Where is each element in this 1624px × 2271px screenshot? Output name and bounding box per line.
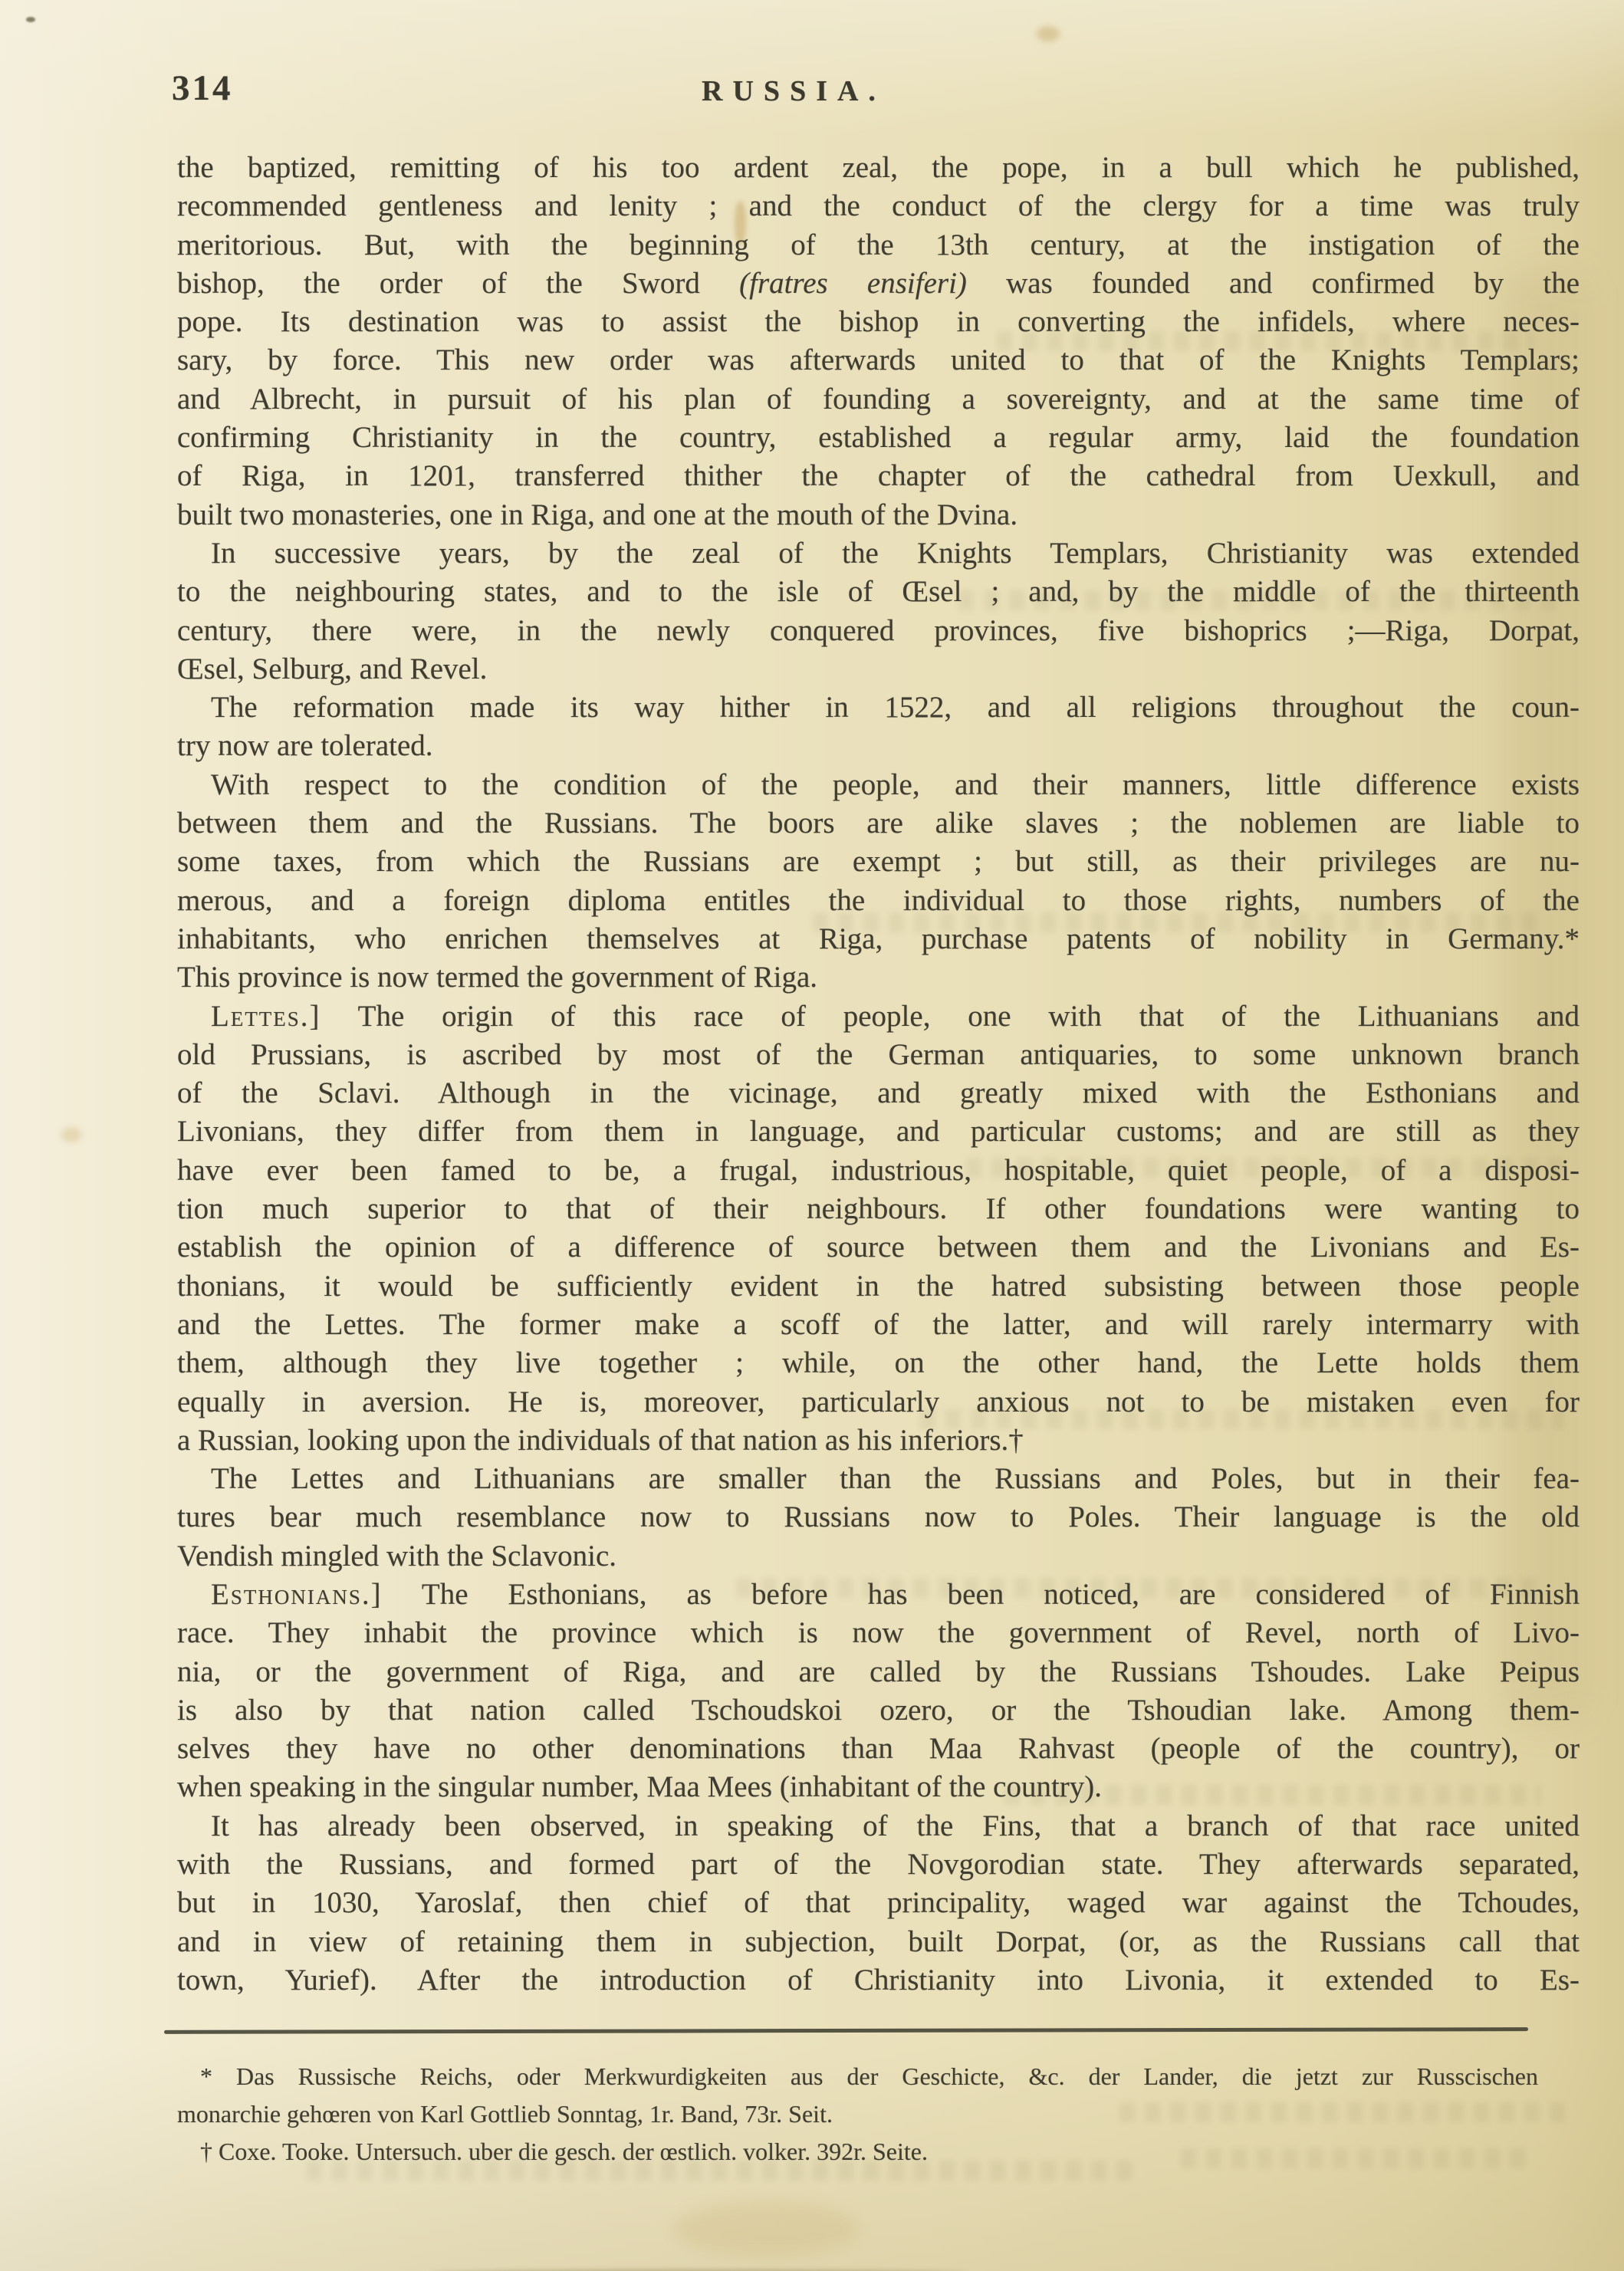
text-segment: With respect to the condition of the peo… <box>211 768 1580 801</box>
text-segment: merous, and a foreign diploma entitles t… <box>177 884 1580 917</box>
text-segment: a Russian, looking upon the individuals … <box>177 1424 1024 1457</box>
text-segment: tion much superior to that of their neig… <box>177 1192 1580 1225</box>
text-line: tion much superior to that of their neig… <box>177 1190 1580 1228</box>
text-segment: of Riga, in 1201, transferred thither th… <box>177 459 1580 492</box>
text-segment: town, Yurief). After the introduction of… <box>177 1964 1580 1997</box>
text-segment: the baptized, remitting of his too arden… <box>177 151 1580 184</box>
text-segment: † Coxe. Tooke. Untersuch. uber die gesch… <box>200 2138 928 2165</box>
age-stain <box>61 1127 81 1142</box>
text-segment: thonians, it would be sufficiently evide… <box>177 1270 1580 1303</box>
text-segment: tures bear much resemblance now to Russi… <box>177 1500 1580 1533</box>
text-line: to the neighbouring states, and to the i… <box>177 573 1580 611</box>
text-line: a Russian, looking upon the individuals … <box>177 1421 1580 1460</box>
text-segment: between them and the Russians. The boors… <box>177 807 1580 840</box>
text-segment: sary, by force. This new order was after… <box>177 343 1580 376</box>
text-line: the baptized, remitting of his too arden… <box>177 149 1580 187</box>
text-line: race. They inhabit the province which is… <box>177 1614 1580 1652</box>
text-line: sary, by force. This new order was after… <box>177 341 1580 380</box>
text-line: selves they have no other denominations … <box>177 1730 1580 1768</box>
age-stain <box>1037 26 1060 41</box>
text-segment: and Albrecht, in pursuit of his plan of … <box>177 383 1580 416</box>
age-stain <box>675 2202 859 2256</box>
footnotes: * Das Russische Reichs, oder Merkwurdigk… <box>177 2058 1538 2171</box>
text-line: Lettes.] The origin of this race of peop… <box>177 997 1580 1036</box>
text-line: This province is now termed the governme… <box>177 958 1580 997</box>
text-line: town, Yurief). After the introduction of… <box>177 1961 1580 2000</box>
text-line: and Albrecht, in pursuit of his plan of … <box>177 380 1580 419</box>
text-line: It has already been observed, in speakin… <box>177 1807 1580 1845</box>
text-line: Vendish mingled with the Sclavonic. <box>177 1537 1580 1576</box>
footnote-line: monarchie gehœren von Karl Gottlieb Sonn… <box>177 2095 1538 2133</box>
text-segment: nia, or the government of Riga, and are … <box>177 1655 1580 1688</box>
text-line: tures bear much resemblance now to Russi… <box>177 1498 1580 1536</box>
text-segment: century, there were, in the newly conque… <box>177 614 1580 647</box>
text-segment: was founded and confirmed by the <box>967 267 1580 300</box>
footnote-line: † Coxe. Tooke. Untersuch. uber die gesch… <box>177 2133 1538 2171</box>
text-segment: bishop, the order of the Sword <box>177 267 739 300</box>
text-segment: them, although they live together ; whil… <box>177 1346 1580 1379</box>
text-line: is also by that nation called Tschoudsko… <box>177 1691 1580 1730</box>
text-line: old Prussians, is ascribed by most of th… <box>177 1036 1580 1074</box>
footnote-line: * Das Russische Reichs, oder Merkwurdigk… <box>177 2058 1538 2095</box>
section-head: Esthonians.] <box>211 1578 383 1611</box>
text-line: built two monasteries, one in Riga, and … <box>177 496 1580 534</box>
text-line: try now are tolerated. <box>177 727 1580 765</box>
text-line: and in view of retaining them in subject… <box>177 1923 1580 1961</box>
text-segment: confirming Christianity in the country, … <box>177 421 1580 454</box>
text-line: with the Russians, and formed part of th… <box>177 1845 1580 1884</box>
text-segment: some taxes, from which the Russians are … <box>177 845 1580 878</box>
text-segment: race. They inhabit the province which is… <box>177 1616 1580 1649</box>
text-segment: The reformation made its way hither in 1… <box>211 691 1580 724</box>
text-segment: and in view of retaining them in subject… <box>177 1925 1580 1958</box>
text-line: Œsel, Selburg, and Revel. <box>177 650 1580 689</box>
body-text: the baptized, remitting of his too arden… <box>177 149 1580 2000</box>
text-line: them, although they live together ; whil… <box>177 1344 1580 1382</box>
text-line: of Riga, in 1201, transferred thither th… <box>177 457 1580 495</box>
text-line: century, there were, in the newly conque… <box>177 612 1580 650</box>
text-segment: Vendish mingled with the Sclavonic. <box>177 1540 616 1573</box>
text-segment: * Das Russische Reichs, oder Merkwurdigk… <box>200 2062 1538 2090</box>
text-line: Esthonians.] The Esthonians, as before h… <box>177 1576 1580 1614</box>
text-line: but in 1030, Yaroslaf, then chief of tha… <box>177 1884 1580 1922</box>
text-segment: In successive years, by the zeal of the … <box>211 537 1580 570</box>
text-line: establish the opinion of a difference of… <box>177 1228 1580 1267</box>
text-line: of the Sclavi. Although in the vicinage,… <box>177 1074 1580 1112</box>
ink-speck <box>26 17 35 22</box>
text-segment: built two monasteries, one in Riga, and … <box>177 498 1017 531</box>
text-segment: Livonians, they differ from them in lang… <box>177 1115 1580 1148</box>
text-line: The Lettes and Lithuanians are smaller t… <box>177 1460 1580 1498</box>
text-line: some taxes, from which the Russians are … <box>177 843 1580 881</box>
text-segment: monarchie gehœren von Karl Gottlieb Sonn… <box>177 2100 833 2128</box>
text-segment: of the Sclavi. Although in the vicinage,… <box>177 1076 1580 1109</box>
text-segment: is also by that nation called Tschoudsko… <box>177 1694 1580 1727</box>
text-segment: old Prussians, is ascribed by most of th… <box>177 1038 1580 1071</box>
text-segment: The Esthonians, as before has been notic… <box>383 1578 1580 1611</box>
text-segment: pope. Its destination was to assist the … <box>177 305 1580 338</box>
text-segment: It has already been observed, in speakin… <box>211 1809 1580 1842</box>
text-line: With respect to the condition of the peo… <box>177 766 1580 804</box>
text-line: inhabitants, who enrichen themselves at … <box>177 920 1580 958</box>
footnote-rule <box>164 2027 1528 2034</box>
running-head: RUSSIA. <box>0 77 1606 106</box>
text-line: Livonians, they differ from them in lang… <box>177 1112 1580 1151</box>
text-segment: to the neighbouring states, and to the i… <box>177 575 1580 608</box>
text-line: The reformation made its way hither in 1… <box>177 689 1580 727</box>
book-page-scan: 314 RUSSIA. the baptized, remitting of h… <box>0 0 1624 2271</box>
text-line: pope. Its destination was to assist the … <box>177 303 1580 341</box>
text-line: nia, or the government of Riga, and are … <box>177 1653 1580 1691</box>
text-segment: have ever been famed to be, a frugal, in… <box>177 1154 1580 1187</box>
text-segment: establish the opinion of a difference of… <box>177 1231 1580 1264</box>
text-line: meritorious. But, with the beginning of … <box>177 226 1580 265</box>
text-segment: and the Lettes. The former make a scoff … <box>177 1308 1580 1341</box>
text-segment: but in 1030, Yaroslaf, then chief of tha… <box>177 1886 1580 1919</box>
text-segment: recommended gentleness and lenity ; and … <box>177 189 1580 222</box>
text-line: and the Lettes. The former make a scoff … <box>177 1306 1580 1344</box>
text-line: when speaking in the singular number, Ma… <box>177 1768 1580 1806</box>
text-segment: meritorious. But, with the beginning of … <box>177 228 1580 261</box>
text-line: bishop, the order of the Sword (fratres … <box>177 265 1580 303</box>
text-segment: inhabitants, who enrichen themselves at … <box>177 922 1580 955</box>
text-segment: The Lettes and Lithuanians are smaller t… <box>211 1462 1580 1495</box>
text-line: between them and the Russians. The boors… <box>177 804 1580 843</box>
text-segment: This province is now termed the governme… <box>177 961 817 994</box>
text-line: merous, and a foreign diploma entitles t… <box>177 882 1580 920</box>
text-line: recommended gentleness and lenity ; and … <box>177 187 1580 225</box>
text-segment: when speaking in the singular number, Ma… <box>177 1770 1102 1803</box>
text-line: In successive years, by the zeal of the … <box>177 534 1580 573</box>
text-segment: Œsel, Selburg, and Revel. <box>177 652 487 685</box>
text-segment: with the Russians, and formed part of th… <box>177 1848 1580 1881</box>
text-segment: equally in aversion. He is, moreover, pa… <box>177 1385 1580 1418</box>
text-segment: try now are tolerated. <box>177 729 433 762</box>
text-segment: selves they have no other denominations … <box>177 1732 1580 1765</box>
text-line: thonians, it would be sufficiently evide… <box>177 1267 1580 1306</box>
text-line: equally in aversion. He is, moreover, pa… <box>177 1383 1580 1421</box>
text-line: confirming Christianity in the country, … <box>177 419 1580 457</box>
text-line: have ever been famed to be, a frugal, in… <box>177 1152 1580 1190</box>
text-segment: The origin of this race of people, one w… <box>321 1000 1580 1033</box>
section-head: Lettes.] <box>211 1000 321 1033</box>
text-segment: (fratres ensiferi) <box>739 267 967 300</box>
